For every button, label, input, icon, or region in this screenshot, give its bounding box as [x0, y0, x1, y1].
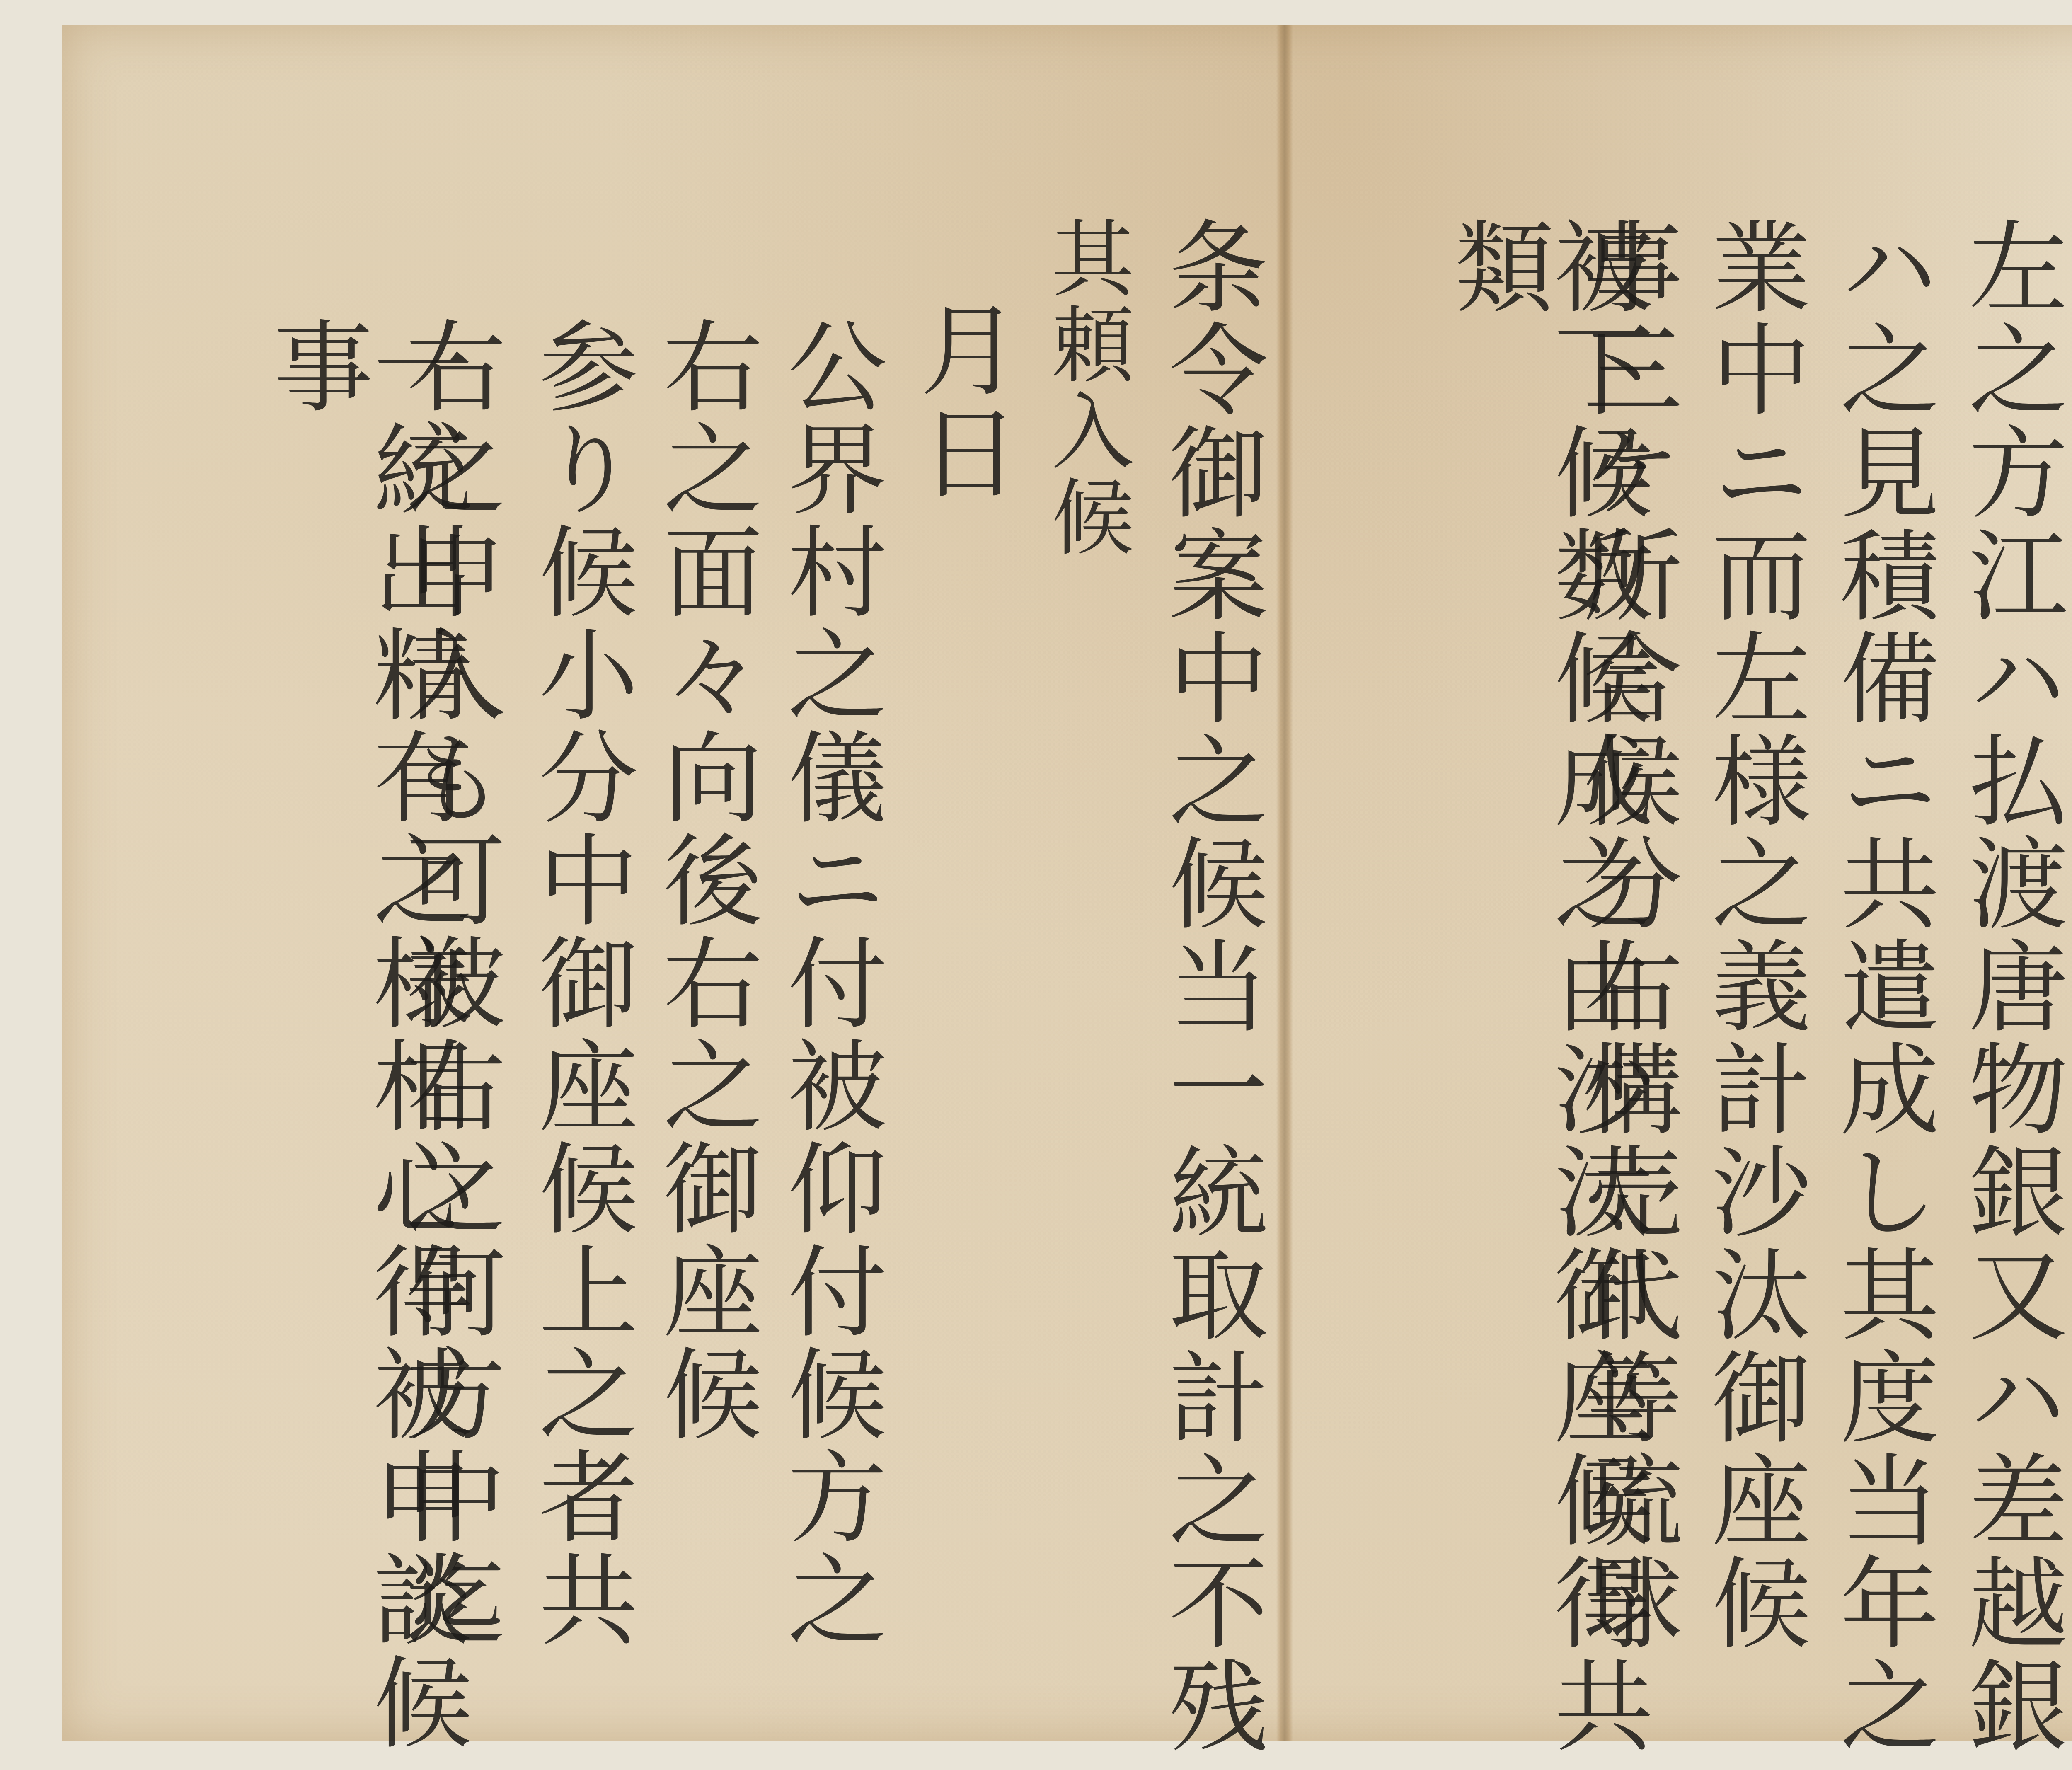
text-column: 右之面々向後右之御座候: [655, 315, 754, 1446]
text-column: 其頼入候: [1044, 215, 1127, 560]
text-column: 条令御案中之候当一統取計之不残: [1160, 215, 1260, 1757]
center-fold: [1276, 25, 1293, 1741]
text-column: 被下候数候成之由沙汰御座候得共類: [1446, 215, 1645, 1770]
text-column: 業中ニ而左様之義計沙汰御座候: [1703, 215, 1803, 1654]
text-column: 参り候小分中御座候上之者共: [530, 315, 630, 1651]
text-column: ハ之見積備ニ共遣成し其度当年之: [1832, 215, 1931, 1757]
text-column: 公界村之儀ニ付被仰付候方之: [779, 315, 879, 1651]
date-column: 月日: [912, 298, 1011, 504]
text-column: 左之方江ハ払渡唐物銀又ハ差越銀: [1960, 215, 2060, 1757]
text-column: 一統出精有之様相心得被申談候事: [265, 315, 464, 1770]
